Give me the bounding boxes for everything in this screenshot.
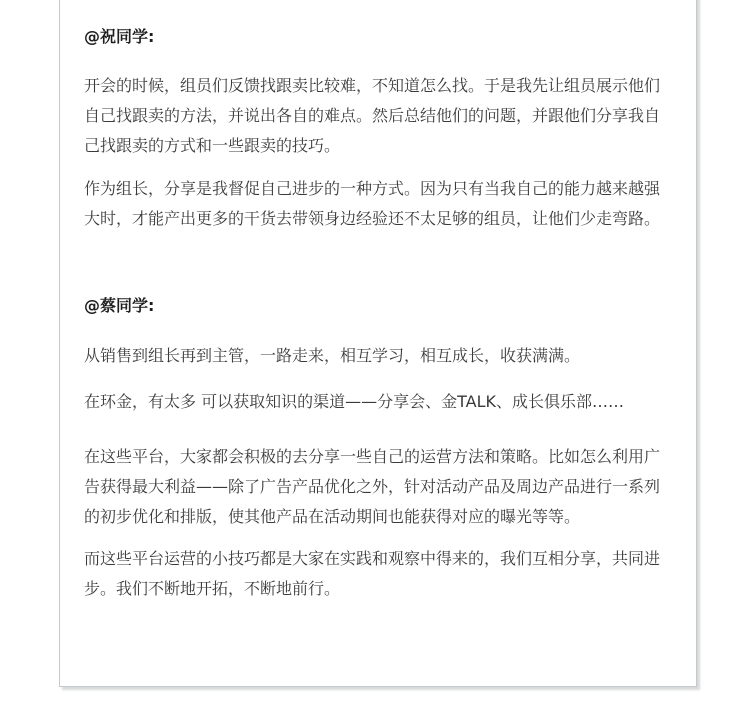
- section-heading-student-cai: @蔡同学:: [84, 295, 672, 317]
- testimonial-card: @祝同学: 开会的时候，组员们反馈找跟卖比较难，不知道怎么找。于是我先让组员展示…: [59, 0, 697, 687]
- page: @祝同学: 开会的时候，组员们反馈找跟卖比较难，不知道怎么找。于是我先让组员展示…: [0, 0, 748, 703]
- paragraph-cai-2: 在环金，有太多 可以获取知识的渠道——分享会、金TALK、成长俱乐部……: [84, 387, 672, 417]
- paragraph-cai-3: 在这些平台，大家都会积极的去分享一些自己的运营方法和策略。比如怎么利用广告获得最…: [84, 442, 672, 532]
- paragraph-cai-1: 从销售到组长再到主管，一路走来，相互学习，相互成长，收获满满。: [84, 341, 672, 371]
- paragraph-cai-4: 而这些平台运营的小技巧都是大家在实践和观察中得来的，我们互相分享，共同进步。我们…: [84, 544, 672, 604]
- paragraph-zhu-2: 作为组长，分享是我督促自己进步的一种方式。因为只有当我自己的能力越来越强大时，才…: [84, 174, 672, 234]
- paragraph-zhu-1: 开会的时候，组员们反馈找跟卖比较难，不知道怎么找。于是我先让组员展示他们自己找跟…: [84, 71, 672, 161]
- section-heading-student-zhu: @祝同学:: [84, 26, 672, 48]
